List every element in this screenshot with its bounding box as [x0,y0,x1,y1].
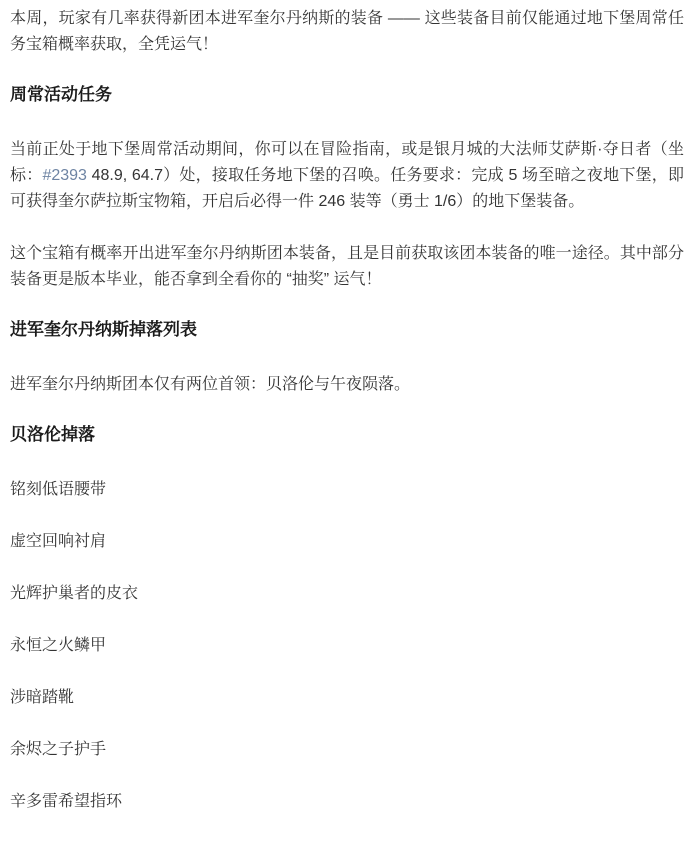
drop-item-mail-chest: 永恒之火鳞甲 [10,633,684,659]
heading-weekly-quest: 周常活动任务 [10,84,684,105]
heading-drop-list: 进军奎尔丹纳斯掉落列表 [10,319,684,340]
heading-belloren-drops: 贝洛伦掉落 [10,424,684,445]
drop-item-belt: 铭刻低语腰带 [10,477,684,503]
quest-text-after-link: 48.9, 64.7）处，接取任务地下堡的召唤。任务要求：完成 5 场至暗之夜地… [10,167,684,210]
drop-item-gauntlets: 余烬之子护手 [10,737,684,763]
map-coords-link[interactable]: #2393 [42,167,87,184]
drop-item-shoulders: 虚空回响衬肩 [10,529,684,555]
article-page: { "colors": { "background": "#ffffff", "… [0,0,692,815]
chest-odds-paragraph: 这个宝箱有概率开出进军奎尔丹纳斯团本装备，且是目前获取该团本装备的唯一途径。其中… [10,241,684,293]
bosses-paragraph: 进军奎尔丹纳斯团本仅有两位首领：贝洛伦与午夜陨落。 [10,372,684,398]
drop-item-leather-chest: 光辉护巢者的皮衣 [10,581,684,607]
intro-paragraph: 本周，玩家有几率获得新团本进军奎尔丹纳斯的装备 —— 这些装备目前仅能通过地下堡… [10,6,684,58]
article-body: 本周，玩家有几率获得新团本进军奎尔丹纳斯的装备 —— 这些装备目前仅能通过地下堡… [0,0,692,815]
quest-details-paragraph: 当前正处于地下堡周常活动期间，你可以在冒险指南，或是银月城的大法师艾萨斯·夺日者… [10,137,684,215]
drop-item-boots: 涉暗踏靴 [10,685,684,711]
drop-item-ring: 辛多雷希望指环 [10,789,684,815]
